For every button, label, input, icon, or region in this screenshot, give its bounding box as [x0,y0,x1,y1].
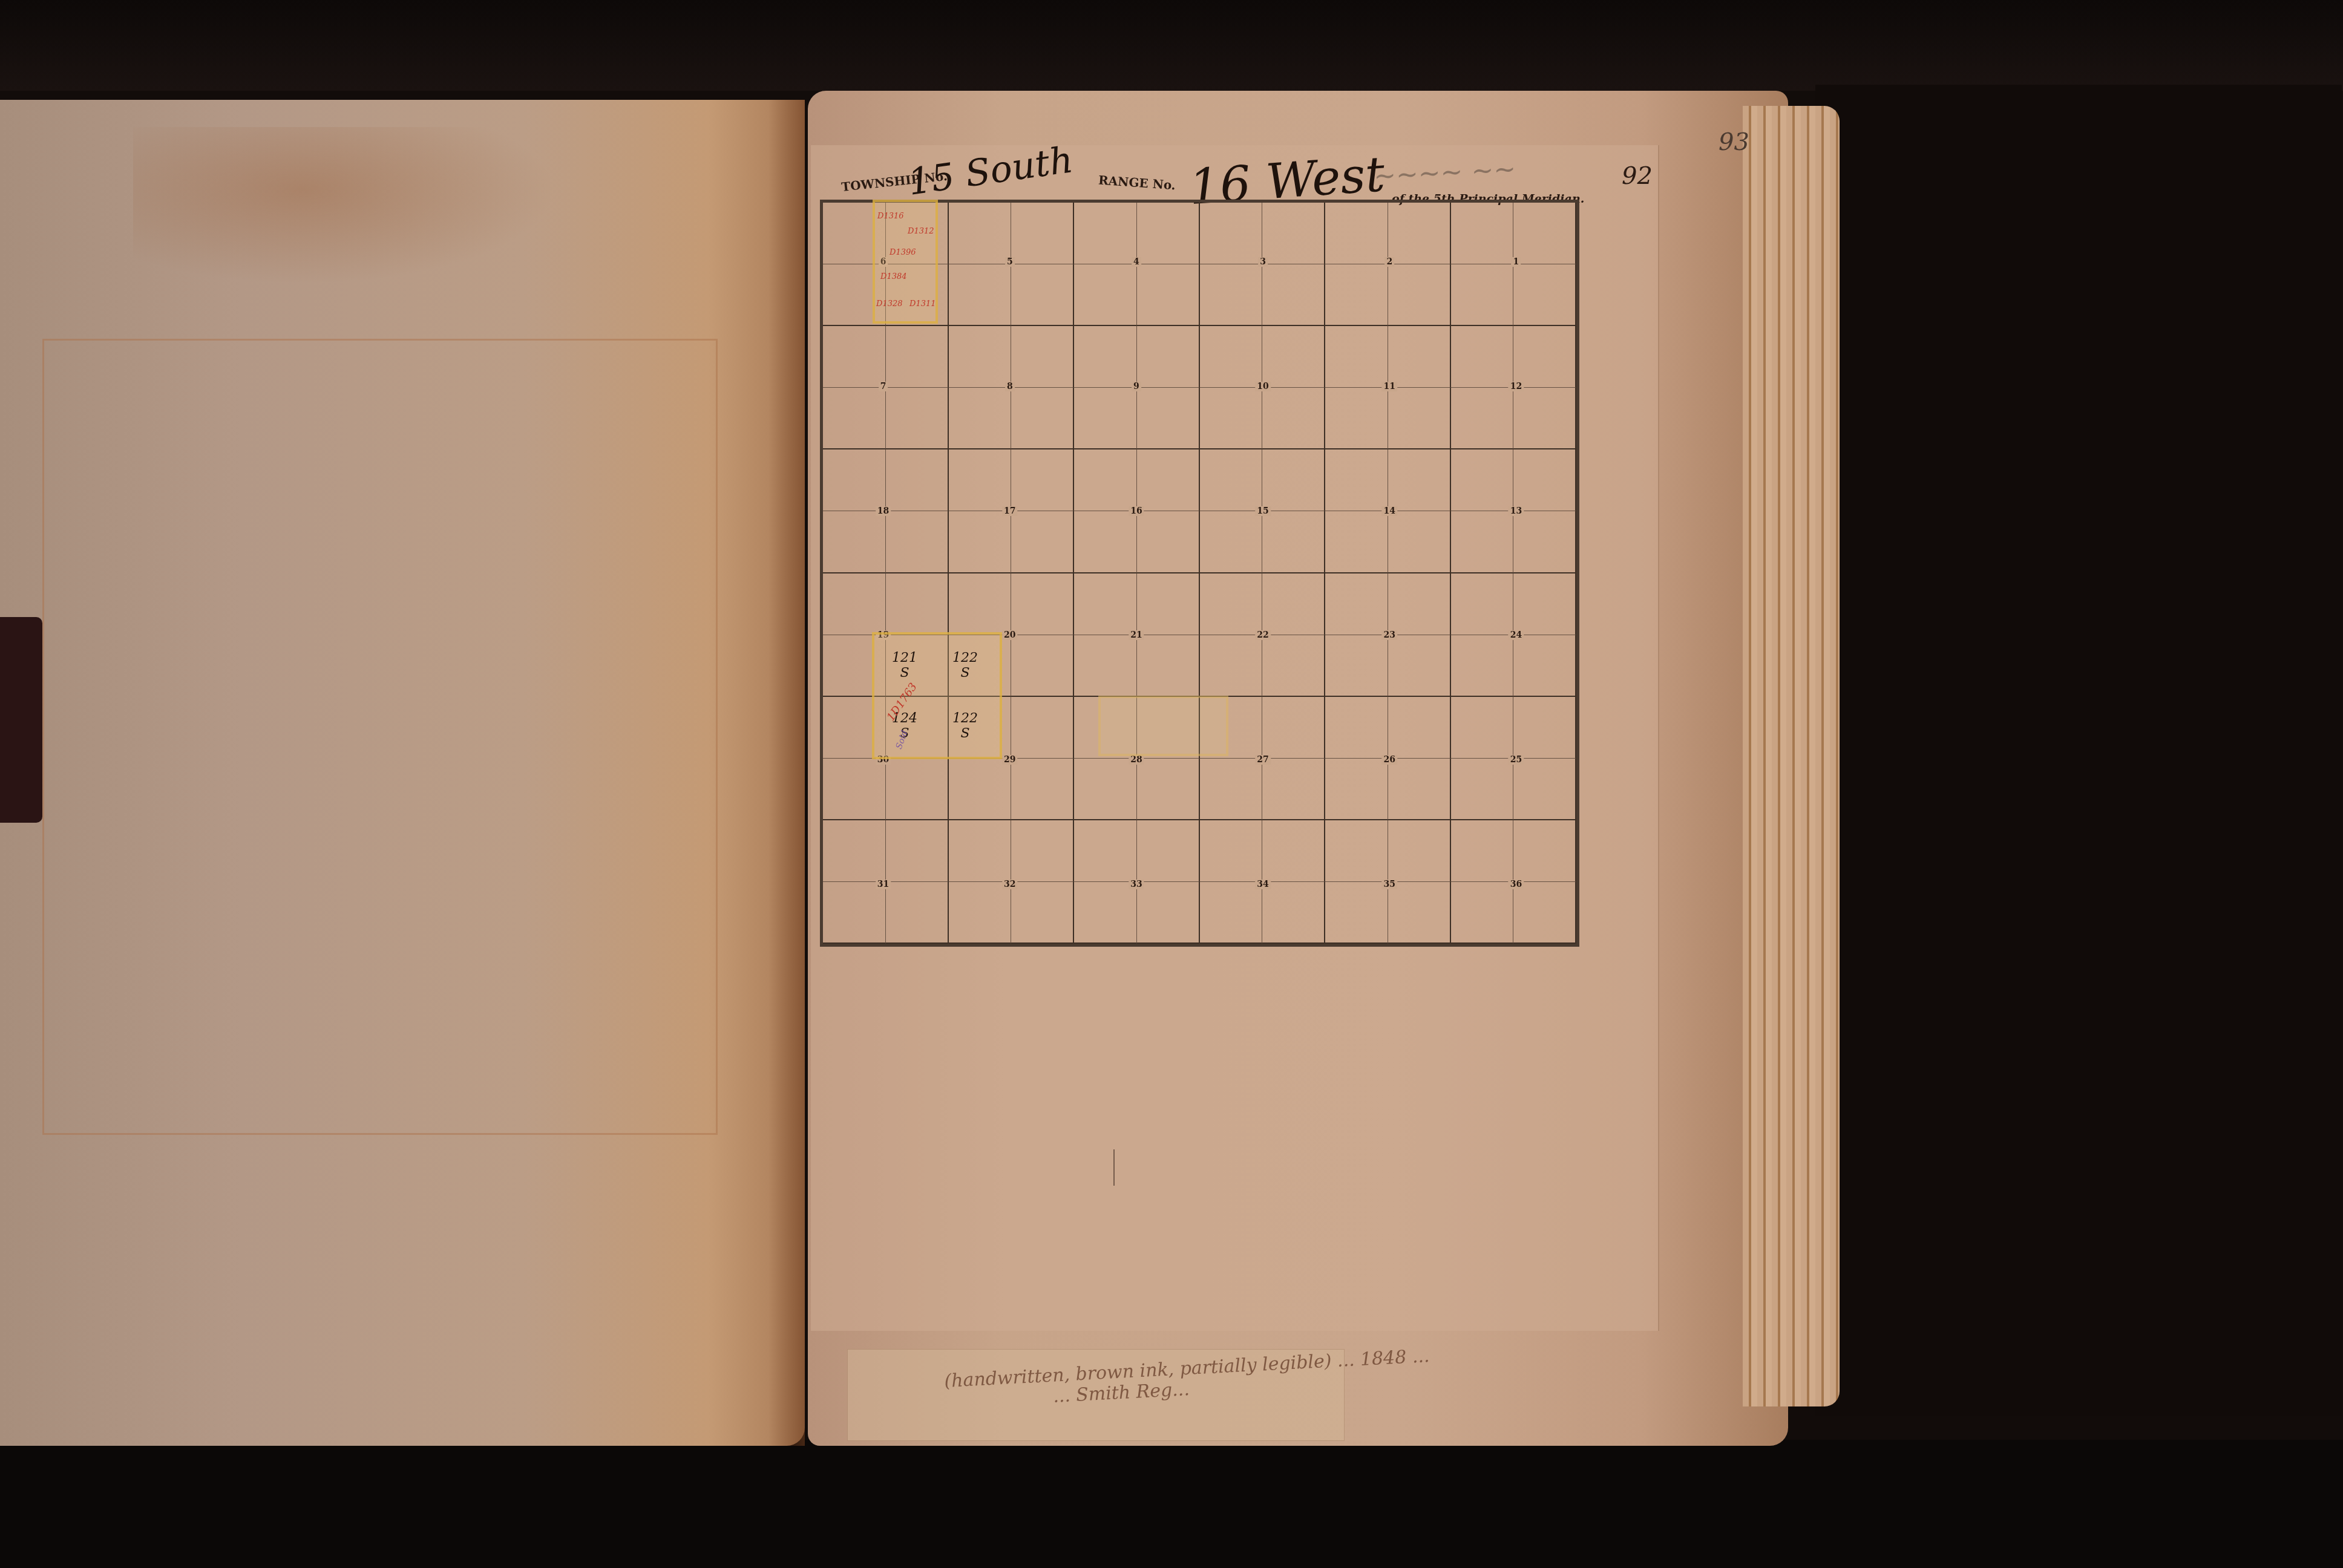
ink-entry: 121S [886,650,923,681]
red-entry: D1328 [876,299,903,309]
page-clip-tab [0,617,42,823]
page-edges-stack [1743,106,1840,1406]
gutter-shadow [768,100,805,1446]
red-entry: D1312 [908,227,934,236]
page-number-inner: 92 [1622,162,1653,190]
red-entry: D1384 [880,272,907,281]
red-entry: D1396 [890,248,916,257]
book-board-top [0,0,2343,91]
red-entry: D1316 [877,212,904,221]
ink-entry: 122S [947,711,983,741]
book-board-right [1815,85,2342,1416]
red-entry: D1311 [909,299,936,309]
pencil-mark [1113,1149,1115,1186]
section-27-28-highlight [1098,696,1228,756]
page-number-outer: 93 [1719,128,1749,156]
annotation-layer: D1316 D1312 D1396 D1384 D1328 D1311 121S… [820,200,1579,947]
bleed-through-stain [133,127,557,284]
left-page-frame-stain [42,339,718,1135]
ink-entry: 122S [947,650,983,681]
table-shadow [0,1440,2343,1568]
